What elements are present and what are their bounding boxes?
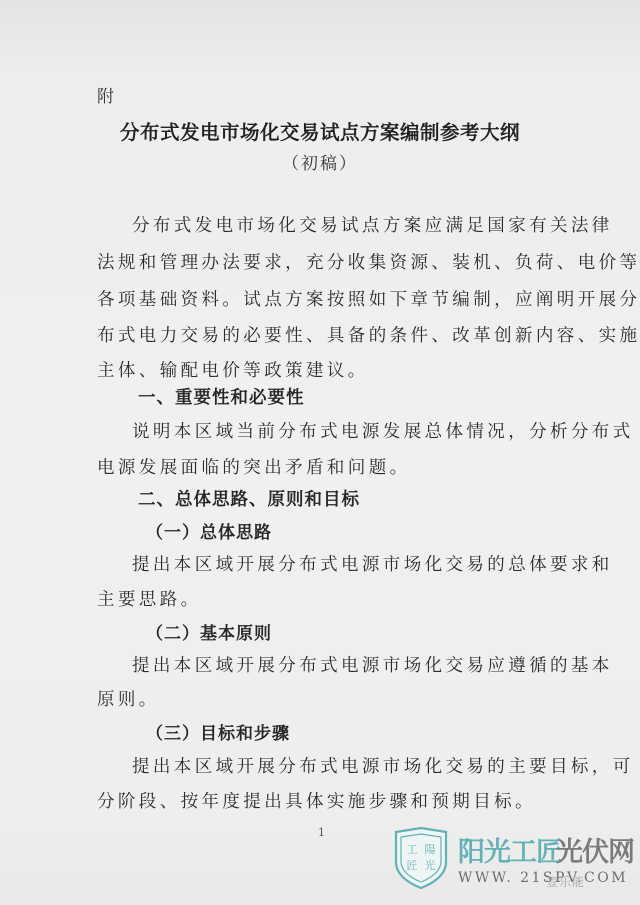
watermark-name-gray: 光伏网 <box>556 830 634 869</box>
subsection-3-line-2: 分阶段、按年度提出具体实施步骤和预期目标。 <box>97 788 536 813</box>
intro-line-4: 布式电力交易的必要性、具备的条件、改革创新内容、实施 <box>97 322 640 347</box>
section-1-line-1: 说明本区域当前分布式电源发展总体情况，分析分布式 <box>132 418 634 443</box>
intro-line-3: 各项基础资料。试点方案按照如下章节编制，应阐明开展分 <box>97 286 640 311</box>
shield-char-4: 光 <box>425 858 436 872</box>
shield-char-2: 陽 <box>425 843 436 856</box>
shield-char-1: 工 <box>407 843 418 856</box>
subsection-2-heading: （二）基本原则 <box>146 619 272 644</box>
section-1-heading: 一、重要性和必要性 <box>138 384 305 409</box>
wechat-overlay-text: 壹乐能 <box>546 873 585 890</box>
document-page: 附 分布式发电市场化交易试点方案编制参考大纲 （初稿） 分布式发电市场化交易试点… <box>0 0 640 905</box>
shield-logo-icon: 工 陽 匠 光 <box>392 826 450 890</box>
document-title: 分布式发电市场化交易试点方案编制参考大纲 <box>0 117 640 145</box>
shield-char-3: 匠 <box>407 859 418 872</box>
intro-line-1: 分布式发电市场化交易试点方案应满足国家有关法律 <box>132 212 613 237</box>
section-1-line-2: 电源发展面临的突出矛盾和问题。 <box>97 454 411 479</box>
intro-line-2: 法规和管理办法要求，充分收集资源、装机、负荷、电价等 <box>97 249 640 274</box>
document-subtitle: （初稿） <box>0 149 640 174</box>
subsection-2-line-1: 提出本区域开展分布式电源市场化交易应遵循的基本 <box>132 652 613 677</box>
watermark-url: WWW. 21SPV.COM <box>458 870 628 886</box>
intro-line-5: 主体、输配电价等政策建议。 <box>97 357 369 382</box>
subsection-2-line-2: 原则。 <box>97 686 160 711</box>
subsection-3-heading: （三）目标和步骤 <box>146 719 290 744</box>
page-number: 1 <box>318 826 325 839</box>
section-2-heading: 二、总体思路、原则和目标 <box>138 486 360 511</box>
subsection-1-heading: （一）总体思路 <box>146 518 272 543</box>
watermark-name-teal: 阳光工匠 <box>458 830 562 869</box>
site-watermark: 工 陽 匠 光 阳光工匠 光伏网 WWW. 21SPV.COM 壹乐能 <box>392 822 640 894</box>
annex-label: 附 <box>97 82 114 107</box>
subsection-3-line-1: 提出本区域开展分布式电源市场化交易的主要目标，可 <box>132 753 634 778</box>
subsection-1-line-2: 主要思路。 <box>97 586 202 611</box>
subsection-1-line-1: 提出本区域开展分布式电源市场化交易的总体要求和 <box>132 551 613 576</box>
